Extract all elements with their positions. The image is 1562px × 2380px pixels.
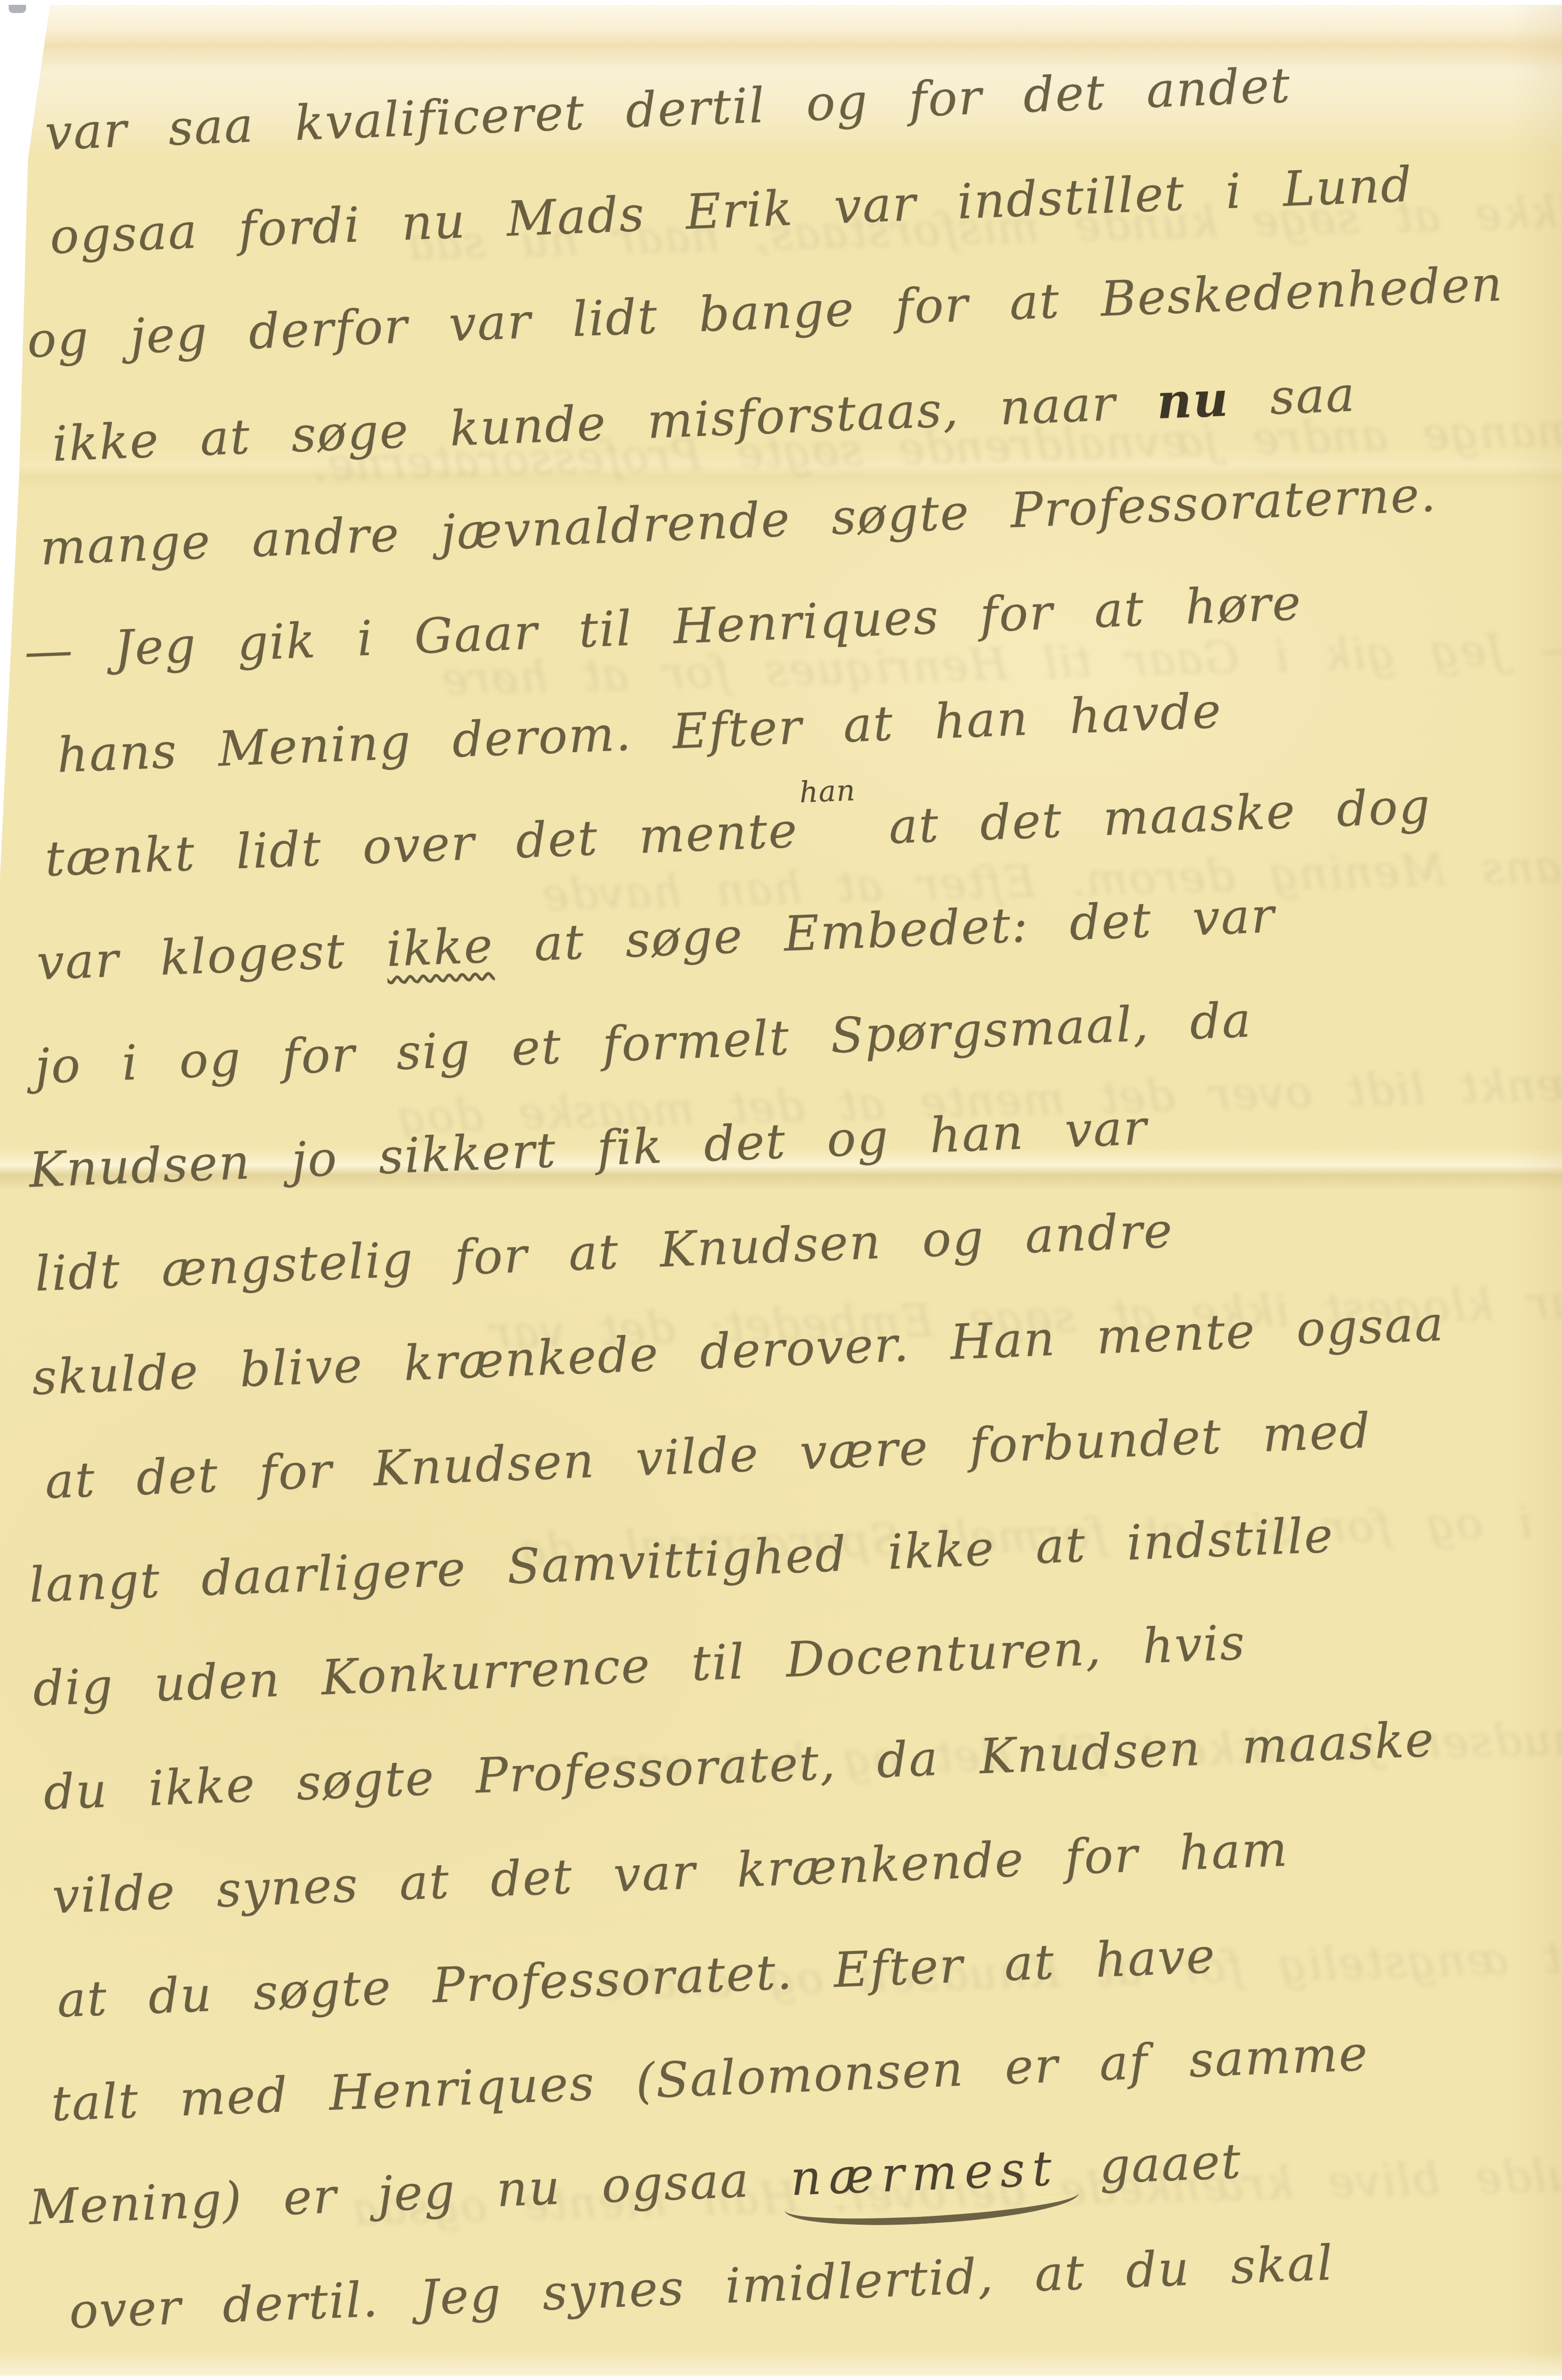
scanner-edge-top [0,0,1562,5]
letter-page: ikke at søge kunde misforstaas, naar nu … [0,0,1562,2380]
scanner-edge-bottom [0,2376,1562,2380]
paper-bottom-band [0,2351,1562,2376]
letter-lines: var saa kvalificeret dertil og for det a… [0,0,1562,2363]
inserted-word-above-line: han [799,790,855,792]
